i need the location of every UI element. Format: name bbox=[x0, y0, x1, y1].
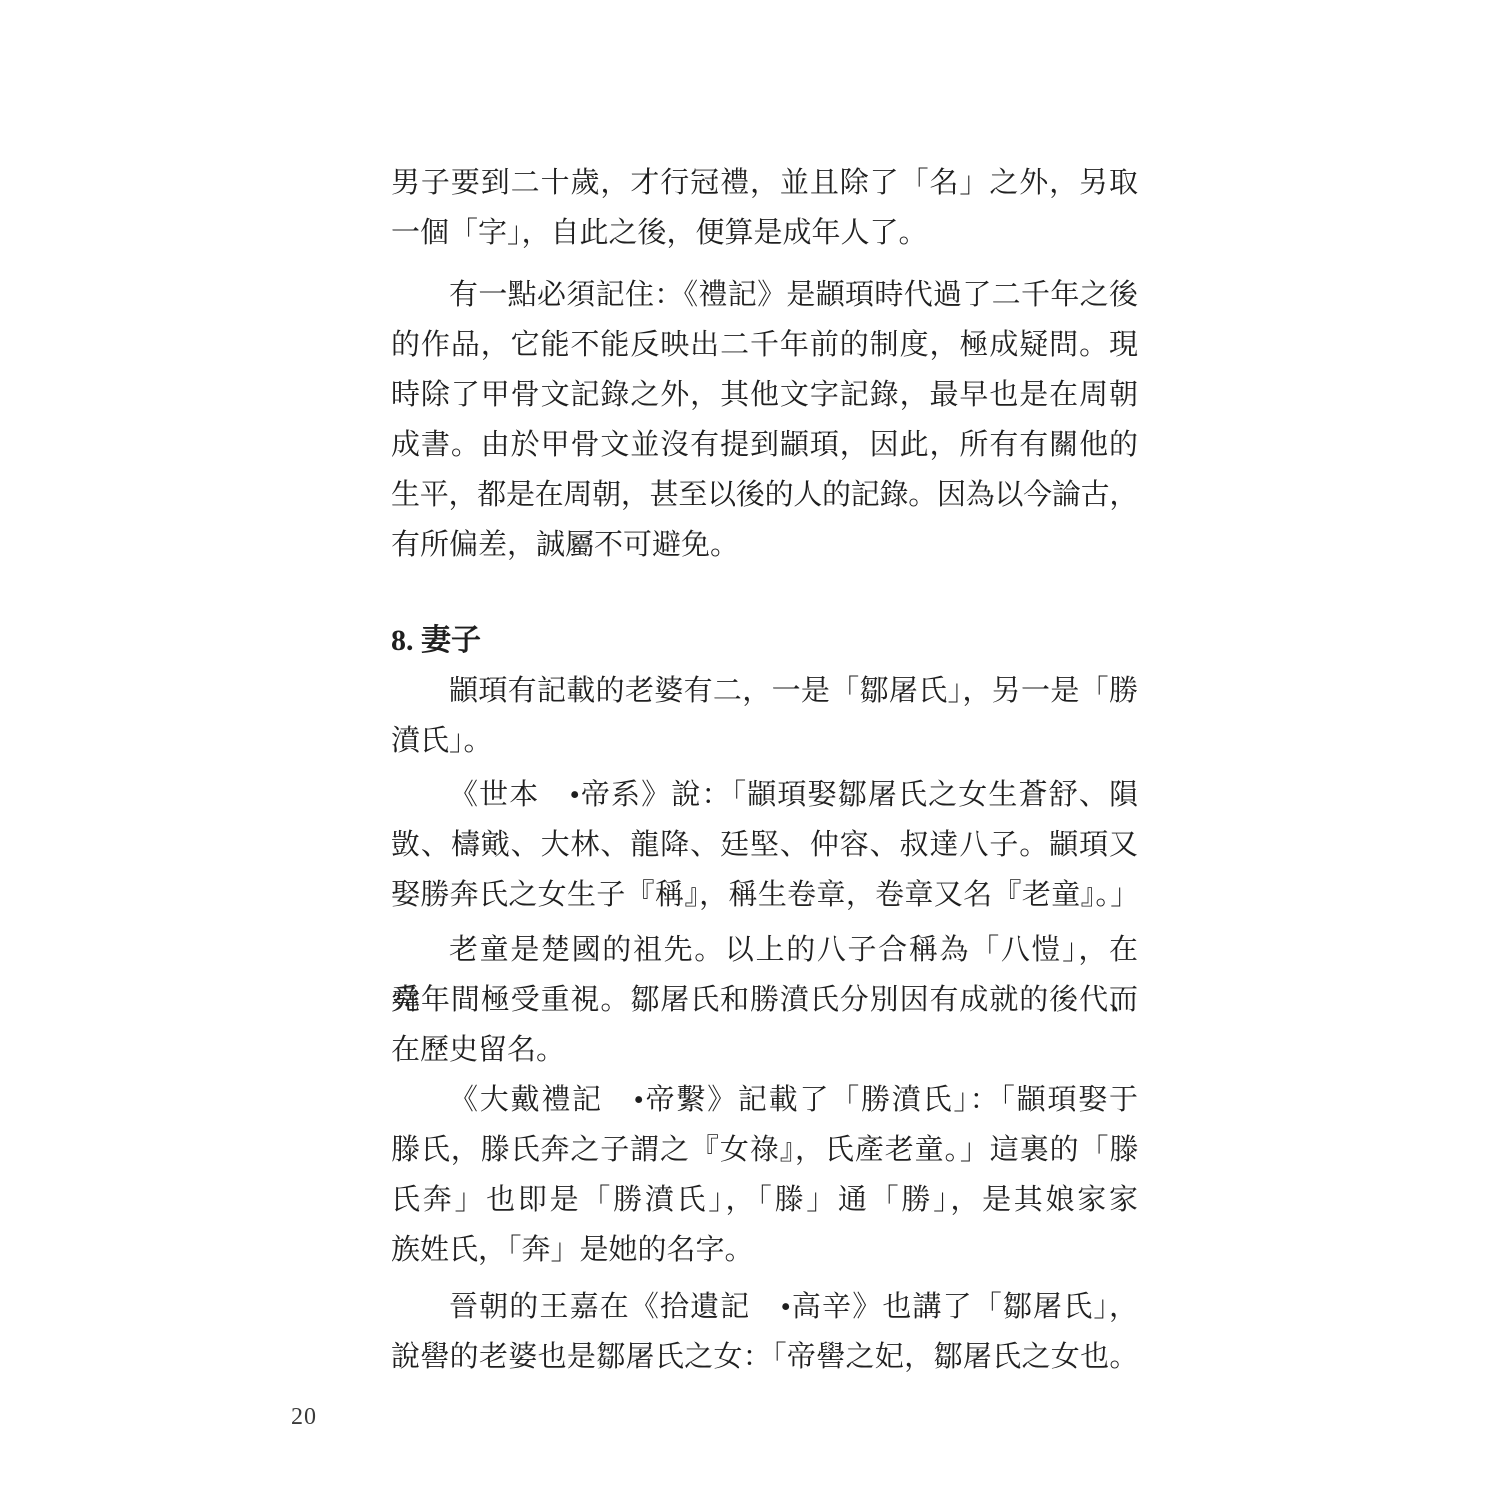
page-number: 20 bbox=[291, 1402, 317, 1432]
text-line: 在歷史留名。 bbox=[391, 1025, 1138, 1075]
paragraph: 《大戴禮記 •帝繫》記載了「勝濆氏」：「顓頊娶于 滕氏，滕氏奔之子謂之『女祿』，… bbox=[391, 1075, 1138, 1275]
book-page: 男子要到二十歲，才行冠禮，並且除了「名」之外，另取 一個「字」，自此之後，便算是… bbox=[0, 0, 1500, 1500]
text-line: 老童是楚國的祖先。以上的八子合稱為「八愷」，在堯、 bbox=[391, 925, 1138, 975]
paragraph: 有一點必須記住：《禮記》是顓頊時代過了二千年之後 的作品，它能不能反映出二千年前… bbox=[391, 270, 1138, 570]
text-line: 晉朝的王嘉在《拾遺記 •高辛》也講了「鄒屠氏」， bbox=[391, 1282, 1138, 1332]
text-line: 滕氏，滕氏奔之子謂之『女祿』，氏產老童。」這裏的「滕 bbox=[391, 1125, 1138, 1175]
text-line: 舜年間極受重視。鄒屠氏和勝濆氏分別因有成就的後代而 bbox=[391, 975, 1138, 1025]
text-line: 娶勝奔氏之女生子『稱』，稱生卷章，卷章又名『老童』。」 bbox=[391, 870, 1138, 920]
text-line: 《世本 •帝系》說：「顓頊娶鄒屠氏之女生蒼舒、隕 bbox=[391, 770, 1138, 820]
text-line: 族姓氏，「奔」是她的名字。 bbox=[391, 1225, 1138, 1275]
text-line: 男子要到二十歲，才行冠禮，並且除了「名」之外，另取 bbox=[391, 158, 1138, 208]
paragraph: 顓頊有記載的老婆有二，一是「鄒屠氏」，另一是「勝 濆氏」。 bbox=[391, 666, 1138, 766]
section-heading: 8. 妻子 bbox=[391, 616, 1138, 666]
text-line: 氏奔」也即是「勝濆氏」，「滕」通「勝」，是其娘家家 bbox=[391, 1175, 1138, 1225]
text-line: 濆氏」。 bbox=[391, 716, 1138, 766]
text-line: 一個「字」，自此之後，便算是成年人了。 bbox=[391, 208, 1138, 258]
text-line: 時除了甲骨文記錄之外，其他文字記錄，最早也是在周朝 bbox=[391, 370, 1138, 420]
paragraph: 《世本 •帝系》說：「顓頊娶鄒屠氏之女生蒼舒、隕 敳、檮戭、大林、龍降、廷堅、仲… bbox=[391, 770, 1138, 920]
text-line: 說嚳的老婆也是鄒屠氏之女：「帝嚳之妃，鄒屠氏之女也。 bbox=[391, 1332, 1138, 1382]
paragraph: 晉朝的王嘉在《拾遺記 •高辛》也講了「鄒屠氏」， 說嚳的老婆也是鄒屠氏之女：「帝… bbox=[391, 1282, 1138, 1382]
text-line: 敳、檮戭、大林、龍降、廷堅、仲容、叔達八子。顓頊又 bbox=[391, 820, 1138, 870]
paragraph: 男子要到二十歲，才行冠禮，並且除了「名」之外，另取 一個「字」，自此之後，便算是… bbox=[391, 158, 1138, 258]
text-line: 有一點必須記住：《禮記》是顓頊時代過了二千年之後 bbox=[391, 270, 1138, 320]
text-line: 《大戴禮記 •帝繫》記載了「勝濆氏」：「顓頊娶于 bbox=[391, 1075, 1138, 1125]
text-line: 顓頊有記載的老婆有二，一是「鄒屠氏」，另一是「勝 bbox=[391, 666, 1138, 716]
text-line: 有所偏差，誠屬不可避免。 bbox=[391, 520, 1138, 570]
body-text: 男子要到二十歲，才行冠禮，並且除了「名」之外，另取 一個「字」，自此之後，便算是… bbox=[391, 158, 1138, 1382]
text-line: 的作品，它能不能反映出二千年前的制度，極成疑問。現 bbox=[391, 320, 1138, 370]
text-line: 成書。由於甲骨文並沒有提到顓頊，因此，所有有關他的 bbox=[391, 420, 1138, 470]
text-line: 生平，都是在周朝，甚至以後的人的記錄。因為以今論古， bbox=[391, 470, 1138, 520]
paragraph: 老童是楚國的祖先。以上的八子合稱為「八愷」，在堯、 舜年間極受重視。鄒屠氏和勝濆… bbox=[391, 925, 1138, 1075]
